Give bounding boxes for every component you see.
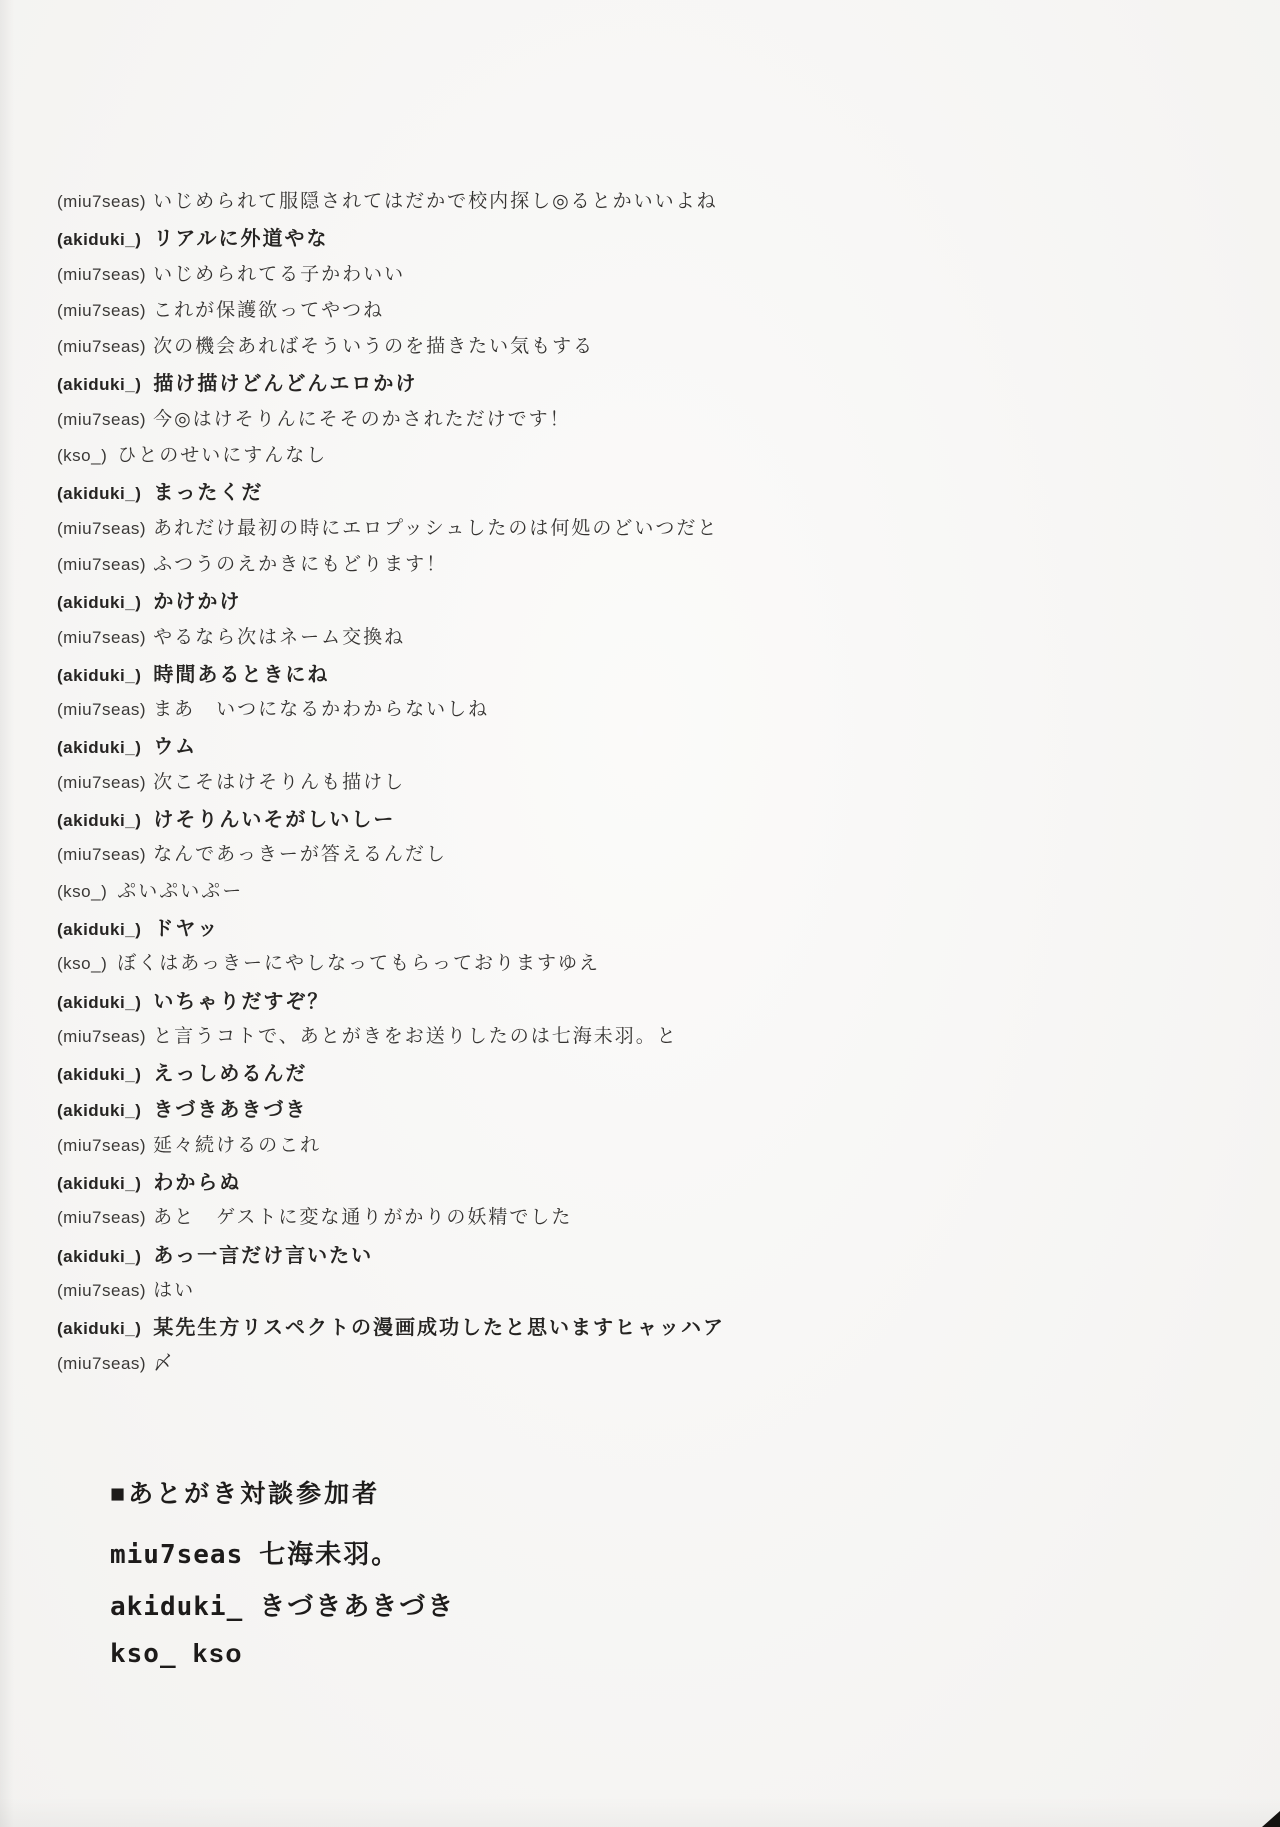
chat-handle: (akiduki_) xyxy=(57,920,141,940)
chat-line: (miu7seas) 次の機会あればそういうのを描きたい気もする xyxy=(57,331,1250,367)
chat-line: (miu7seas) と言うコトで、あとがきをお送りしたのは七海未羽。と xyxy=(57,1021,1250,1057)
participant-handle: akiduki_ xyxy=(110,1592,243,1622)
chat-handle: (miu7seas) xyxy=(57,1354,146,1374)
chat-handle: (akiduki_) xyxy=(57,1247,141,1267)
chat-line: (miu7seas) いじめられてる子かわいい xyxy=(57,259,1250,295)
chat-message: あと ゲストに変な通りがかりの妖精でした xyxy=(153,1202,572,1229)
chat-message: 某先生方リスペクトの漫画成功したと思いますヒャッハア xyxy=(153,1311,725,1340)
participant-row: miu7seas 七海未羽。 xyxy=(110,1534,455,1586)
participant-name: kso xyxy=(193,1638,244,1669)
chat-handle: (miu7seas) xyxy=(57,301,146,321)
chat-line: (akiduki_) リアルに外道やな xyxy=(57,222,1250,258)
chat-message: なんであっきーが答えるんだし xyxy=(153,839,447,866)
chat-message: リアルに外道やな xyxy=(153,222,328,251)
chat-handle: (akiduki_) xyxy=(57,484,141,504)
chat-line: (akiduki_) 時間あるときにね xyxy=(57,658,1250,694)
chat-line: (akiduki_) 某先生方リスペクトの漫画成功したと思いますヒャッハア xyxy=(57,1311,1250,1347)
chat-message: いちゃりだすぞ？ xyxy=(153,985,329,1014)
chat-message: ぷいぷいぷー xyxy=(117,876,243,903)
chat-handle: (miu7seas) xyxy=(57,1136,146,1156)
chat-line: (kso_) ぼくはあっきーにやしなってもらっておりますゆえ xyxy=(57,948,1250,984)
chat-message: いじめられてる子かわいい xyxy=(153,259,405,286)
chat-handle: (miu7seas) xyxy=(57,337,146,357)
chat-handle: (miu7seas) xyxy=(57,845,146,865)
chat-line: (akiduki_) きづきあきづき xyxy=(57,1093,1250,1129)
participant-handle: kso_ xyxy=(110,1639,177,1669)
chat-line: (miu7seas) いじめられて服隠されてはだかで校内探し◎るとかいいよね xyxy=(57,186,1250,222)
chat-handle: (miu7seas) xyxy=(57,265,146,285)
chat-message: 描け描けどんどんエロかけ xyxy=(153,367,417,396)
chat-message: ふつうのえかきにもどります！ xyxy=(153,549,447,576)
chat-message: やるなら次はネーム交換ね xyxy=(153,622,405,649)
chat-line: (miu7seas) 今◎はけそりんにそそのかされただけです！ xyxy=(57,404,1250,440)
chat-log: (miu7seas) いじめられて服隠されてはだかで校内探し◎るとかいいよね (… xyxy=(57,186,1250,1384)
chat-message: えっしめるんだ xyxy=(153,1057,307,1086)
chat-message: はい xyxy=(153,1275,195,1302)
chat-line: (kso_) ひとのせいにすんなし xyxy=(57,440,1250,476)
chat-line: (akiduki_) ウム xyxy=(57,730,1250,766)
participant-row: kso_ kso xyxy=(110,1638,455,1690)
chat-handle: (akiduki_) xyxy=(57,230,141,250)
participant-name: きづきあきづき xyxy=(259,1586,455,1623)
participant-handle: miu7seas xyxy=(110,1540,243,1570)
chat-message: これが保護欲ってやつね xyxy=(153,295,384,322)
chat-line: (akiduki_) わからぬ xyxy=(57,1166,1250,1202)
chat-handle: (miu7seas) xyxy=(57,773,146,793)
chat-message: あっ一言だけ言いたい xyxy=(153,1239,373,1268)
chat-handle: (akiduki_) xyxy=(57,1065,141,1085)
chat-handle: (kso_) xyxy=(57,446,107,466)
chat-message: 延々続けるのこれ xyxy=(153,1130,321,1157)
chat-line: (miu7seas) ふつうのえかきにもどります！ xyxy=(57,549,1250,585)
chat-handle: (akiduki_) xyxy=(57,666,141,686)
chat-message: と言うコトで、あとがきをお送りしたのは七海未羽。と xyxy=(153,1021,678,1048)
chat-handle: (akiduki_) xyxy=(57,593,141,613)
chat-line: (akiduki_) まったくだ xyxy=(57,476,1250,512)
chat-line: (miu7seas) 次こそはけそりんも描けし xyxy=(57,767,1250,803)
chat-handle: (miu7seas) xyxy=(57,410,146,430)
chat-message: ひとのせいにすんなし xyxy=(117,440,327,467)
chat-line: (akiduki_) かけかけ xyxy=(57,585,1250,621)
participant-row: akiduki_ きづきあきづき xyxy=(110,1586,455,1638)
chat-line: (akiduki_) いちゃりだすぞ？ xyxy=(57,985,1250,1021)
chat-line: (akiduki_) あっ一言だけ言いたい xyxy=(57,1239,1250,1275)
chat-message: 今◎はけそりんにそそのかされただけです！ xyxy=(153,404,571,431)
chat-handle: (miu7seas) xyxy=(57,555,146,575)
chat-message: けそりんいそがしいしー xyxy=(153,803,395,832)
scanned-afterword-page: (miu7seas) いじめられて服隠されてはだかで校内探し◎るとかいいよね (… xyxy=(0,0,1280,1827)
chat-line: (miu7seas) これが保護欲ってやつね xyxy=(57,295,1250,331)
chat-handle: (akiduki_) xyxy=(57,1101,141,1121)
chat-handle: (miu7seas) xyxy=(57,519,146,539)
chat-handle: (akiduki_) xyxy=(57,738,141,758)
chat-handle: (akiduki_) xyxy=(57,811,141,831)
participants-heading: ■あとがき対談参加者 xyxy=(110,1474,455,1510)
participant-name: 七海未羽。 xyxy=(259,1534,399,1571)
chat-handle: (miu7seas) xyxy=(57,700,146,720)
chat-message: 次の機会あればそういうのを描きたい気もする xyxy=(153,331,594,358)
chat-message: ドヤッ xyxy=(153,912,219,941)
chat-line: (miu7seas) 〆 xyxy=(57,1348,1250,1384)
chat-line: (akiduki_) 描け描けどんどんエロかけ xyxy=(57,367,1250,403)
chat-line: (miu7seas) あと ゲストに変な通りがかりの妖精でした xyxy=(57,1202,1250,1238)
chat-handle: (akiduki_) xyxy=(57,375,141,395)
chat-line: (akiduki_) けそりんいそがしいしー xyxy=(57,803,1250,839)
chat-message: 〆 xyxy=(153,1348,174,1375)
chat-message: かけかけ xyxy=(153,585,241,614)
chat-handle: (miu7seas) xyxy=(57,628,146,648)
chat-handle: (akiduki_) xyxy=(57,993,141,1013)
chat-line: (miu7seas) まあ いつになるかわからないしね xyxy=(57,694,1250,730)
chat-handle: (kso_) xyxy=(57,882,107,902)
chat-handle: (miu7seas) xyxy=(57,1208,146,1228)
chat-line: (miu7seas) はい xyxy=(57,1275,1250,1311)
participants-section: ■あとがき対談参加者 miu7seas 七海未羽。 akiduki_ きづきあき… xyxy=(110,1474,455,1690)
chat-line: (miu7seas) なんであっきーが答えるんだし xyxy=(57,839,1250,875)
chat-line: (akiduki_) えっしめるんだ xyxy=(57,1057,1250,1093)
scan-corner-artifact xyxy=(1262,1811,1280,1827)
chat-handle: (akiduki_) xyxy=(57,1319,141,1339)
chat-handle: (miu7seas) xyxy=(57,192,146,212)
chat-message: 次こそはけそりんも描けし xyxy=(153,767,405,794)
chat-line: (miu7seas) やるなら次はネーム交換ね xyxy=(57,622,1250,658)
chat-message: 時間あるときにね xyxy=(153,658,329,687)
chat-handle: (kso_) xyxy=(57,954,107,974)
chat-message: まあ いつになるかわからないしね xyxy=(153,694,489,721)
chat-message: まったくだ xyxy=(153,476,263,505)
chat-message: きづきあきづき xyxy=(153,1093,307,1122)
chat-message: いじめられて服隠されてはだかで校内探し◎るとかいいよね xyxy=(153,186,718,213)
chat-handle: (akiduki_) xyxy=(57,1174,141,1194)
chat-message: あれだけ最初の時にエロプッシュしたのは何処のどいつだと xyxy=(153,513,718,540)
chat-line: (miu7seas) 延々続けるのこれ xyxy=(57,1130,1250,1166)
chat-line: (kso_) ぷいぷいぷー xyxy=(57,876,1250,912)
chat-handle: (miu7seas) xyxy=(57,1027,146,1047)
chat-line: (akiduki_) ドヤッ xyxy=(57,912,1250,948)
chat-line: (miu7seas) あれだけ最初の時にエロプッシュしたのは何処のどいつだと xyxy=(57,513,1250,549)
chat-message: ぼくはあっきーにやしなってもらっておりますゆえ xyxy=(117,948,600,975)
chat-message: わからぬ xyxy=(153,1166,241,1195)
chat-message: ウム xyxy=(153,730,197,759)
participants-list: miu7seas 七海未羽。 akiduki_ きづきあきづき kso_ kso xyxy=(110,1534,455,1690)
chat-handle: (miu7seas) xyxy=(57,1281,146,1301)
